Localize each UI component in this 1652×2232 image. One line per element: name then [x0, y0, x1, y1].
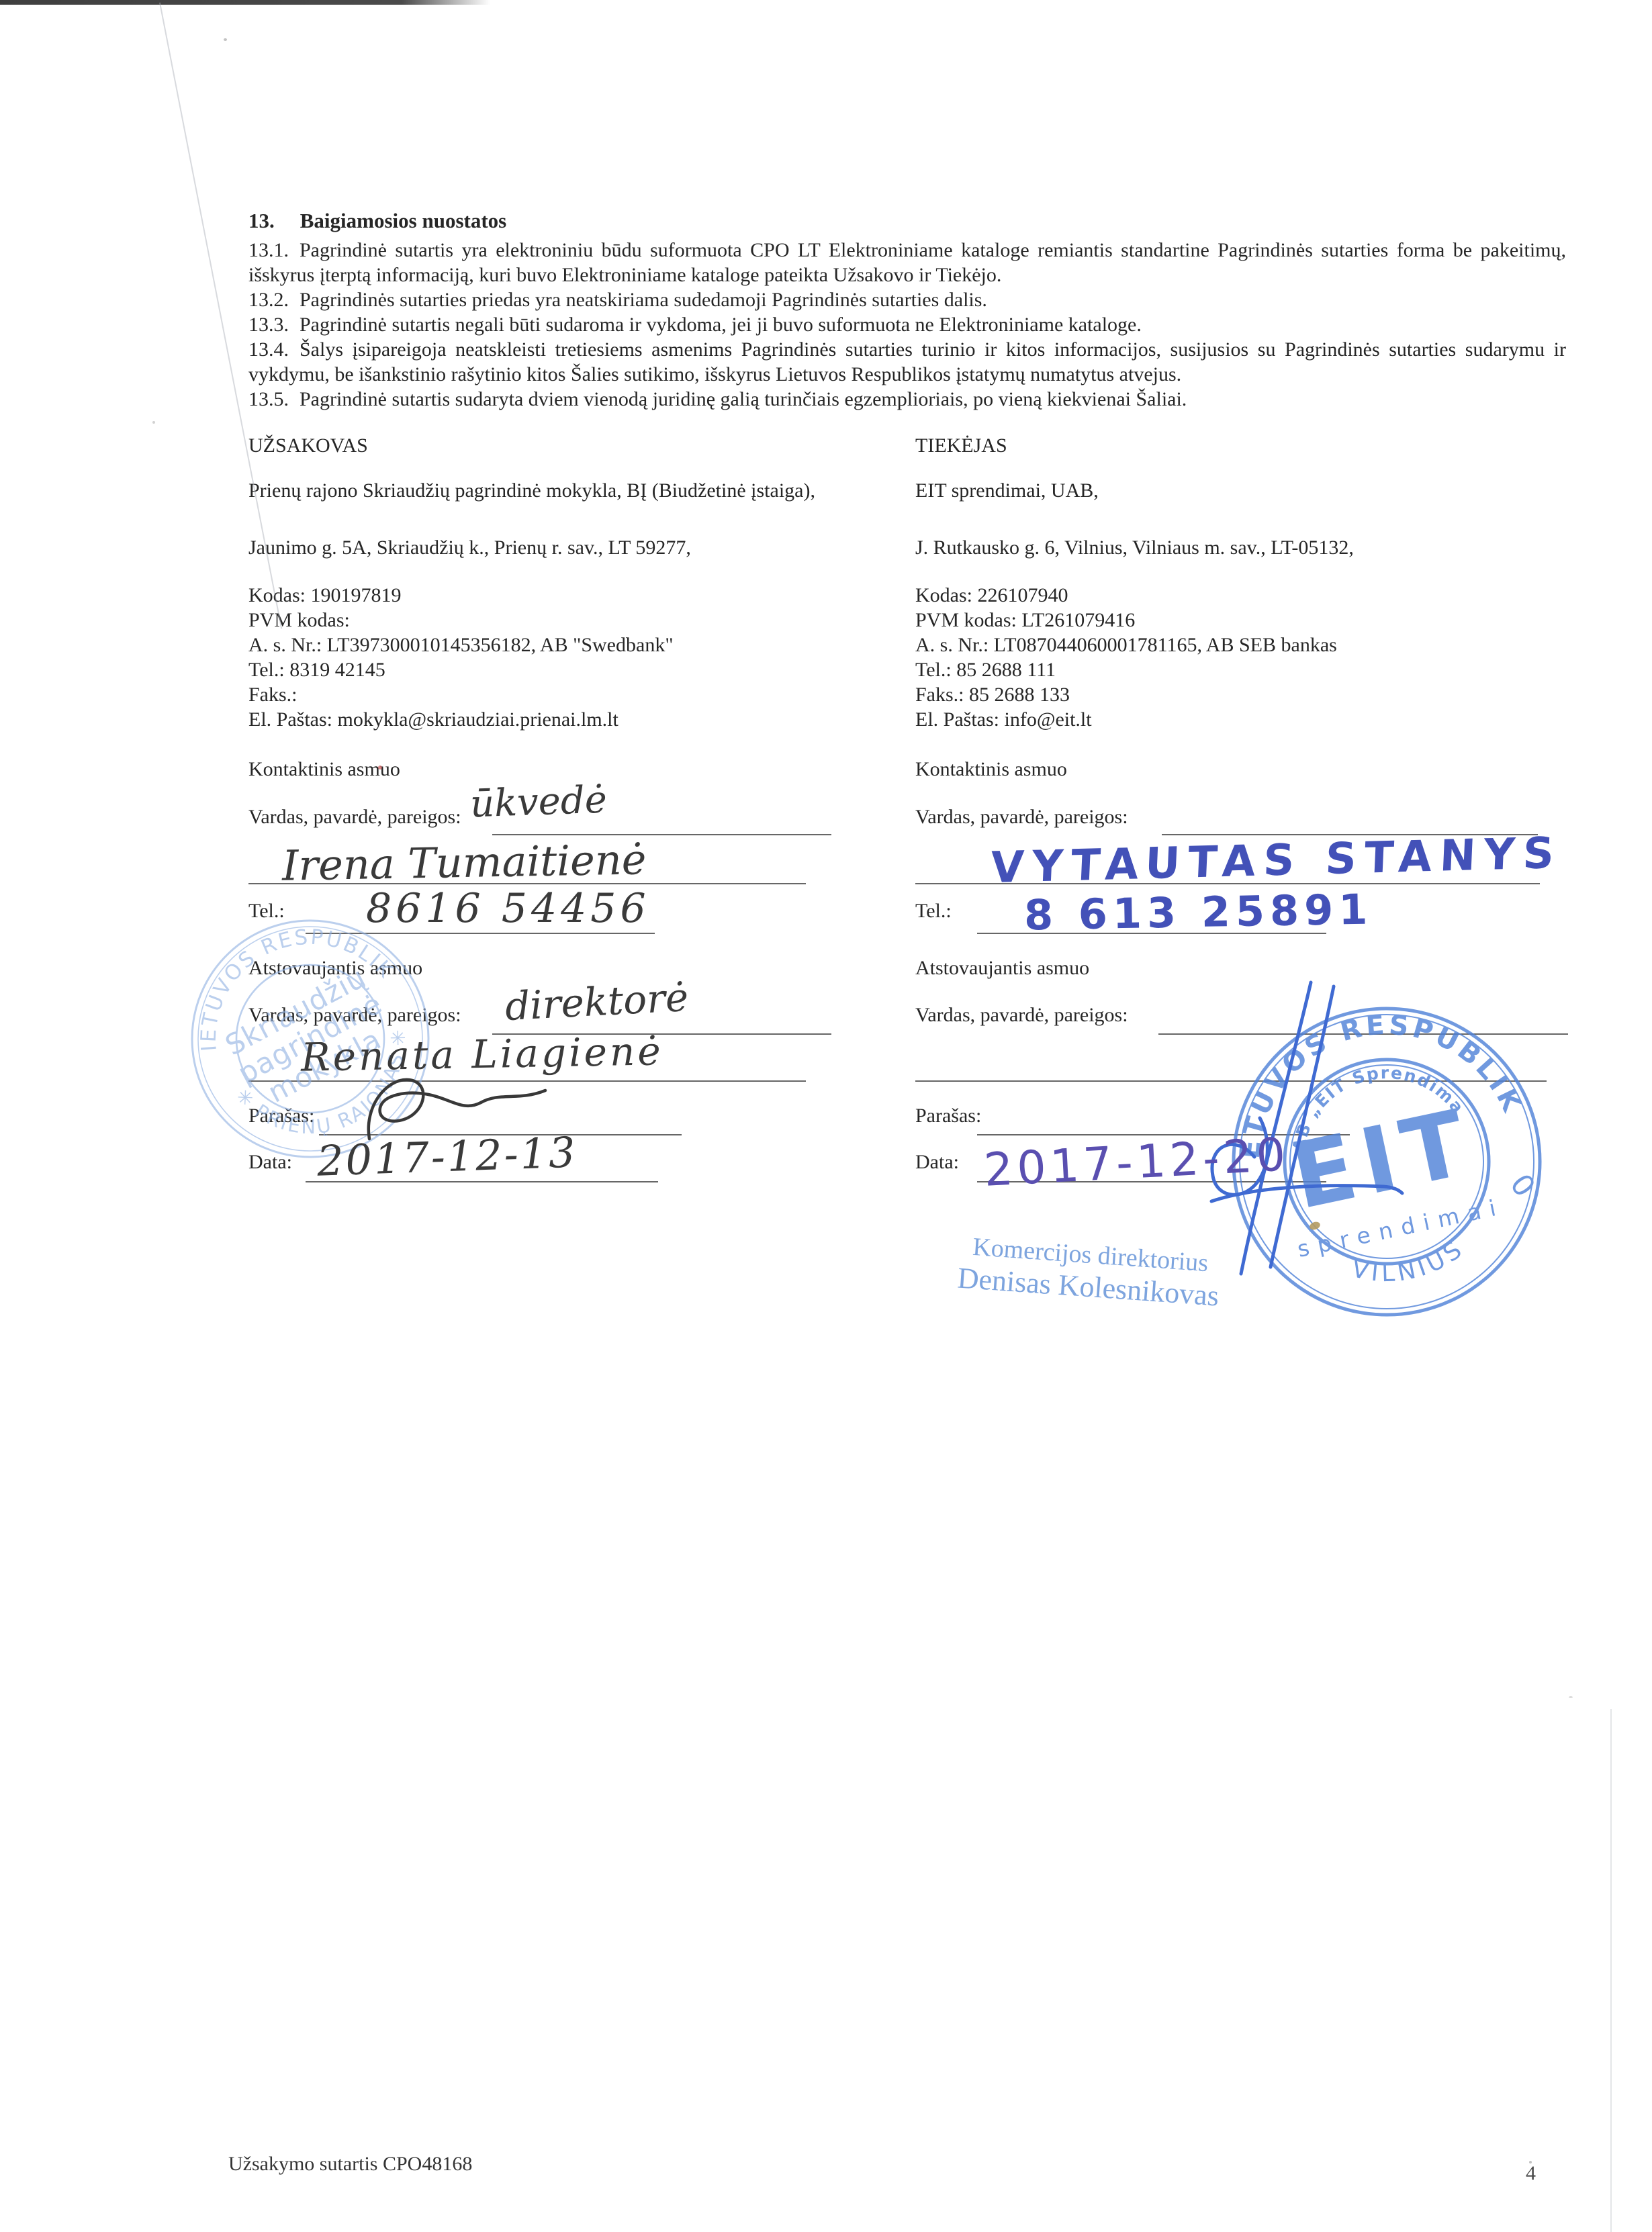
supplier-code: Kodas: 226107940: [915, 583, 1068, 608]
supplier-name: EIT sprendimai, UAB,: [915, 478, 1099, 504]
clause-text: Pagrindinės sutarties priedas yra neatsk…: [300, 289, 987, 311]
supplier-fax: Faks.: 85 2688 133: [915, 682, 1070, 708]
supplier-tel-label: Tel.:: [915, 898, 952, 924]
buyer-address: Jaunimo g. 5A, Skriaudžių k., Prienų r. …: [248, 535, 691, 561]
supplier-vat-code: PVM kodas: LT261079416: [915, 608, 1135, 633]
clause-13-4: 13.4.Šalys įsipareigoja neatskleisti tre…: [248, 337, 1566, 387]
scan-speck: [1529, 2161, 1532, 2164]
clause-number: 13.2.: [248, 289, 289, 311]
buyer-fax: Faks.:: [248, 682, 297, 708]
clause-13-5: 13.5.Pagrindinė sutartis sudaryta dviem …: [248, 387, 1566, 412]
buyer-name: Prienų rajono Skriaudžių pagrindinė moky…: [248, 478, 815, 504]
clause-number: 13.3.: [248, 314, 289, 336]
supplier-name-role-label: Vardas, pavardė, pareigos:: [915, 804, 1128, 830]
supplier-date-label: Data:: [915, 1150, 959, 1175]
supplier-signature-ink: [1168, 957, 1410, 1293]
section-title: Baigiamosios nuostatos: [300, 209, 506, 232]
supplier-signature-label: Parašas:: [915, 1103, 981, 1129]
clause-number: 13.5.: [248, 388, 289, 410]
section-number: 13.: [248, 209, 275, 232]
supplier-rep-name-role-label: Vardas, pavardė, pareigos:: [915, 1003, 1128, 1028]
supplier-signature-stroke: [1271, 986, 1334, 1267]
buyer-contact-role-handwriting: ūkvedė: [469, 778, 608, 826]
scanned-contract-page: 13.Baigiamosios nuostatos 13.1.Pagrindin…: [0, 0, 1652, 2232]
buyer-signature-ink: [349, 1060, 571, 1154]
scan-edge-artifact-top: [0, 0, 490, 5]
supplier-address: J. Rutkausko g. 6, Vilnius, Vilniaus m. …: [915, 535, 1354, 561]
supplier-phone: Tel.: 85 2688 111: [915, 657, 1056, 683]
footer-contract-number: Užsakymo sutartis CPO48168: [228, 2153, 472, 2176]
buyer-email: El. Paštas: mokykla@skriaudziai.prienai.…: [248, 707, 618, 733]
clause-text: Pagrindinė sutartis negali būti sudaroma…: [300, 314, 1142, 336]
supplier-signature-stroke: [1211, 1186, 1402, 1201]
buyer-contact-header: Kontaktinis asmuo: [248, 757, 400, 782]
buyer-contact-name-handwriting: Irena Tumaitienė: [281, 835, 647, 890]
supplier-contact-header: Kontaktinis asmuo: [915, 757, 1067, 782]
scan-speck: [152, 421, 155, 424]
clause-number: 13.4.: [248, 338, 289, 361]
page-number: 4: [1526, 2162, 1536, 2185]
clause-text: Pagrindinė sutartis yra elektroniniu būd…: [248, 239, 1566, 286]
clause-text: Šalys įsipareigoja neatskleisti tretiesi…: [248, 338, 1566, 385]
buyer-contact-line-1: [492, 834, 831, 835]
supplier-tel-handwriting: 8 613 25891: [1023, 884, 1373, 939]
clause-number: 13.1.: [248, 239, 289, 261]
buyer-tel-handwriting: 8616 54456: [366, 885, 650, 932]
clause-13-3: 13.3.Pagrindinė sutartis negali būti sud…: [248, 312, 1566, 337]
supplier-representative-header: Atstovaujantis asmuo: [915, 956, 1089, 981]
supplier-title: TIEKĖJAS: [915, 433, 1007, 459]
section-heading: 13.Baigiamosios nuostatos: [248, 208, 1566, 234]
buyer-signature-stroke: [369, 1080, 545, 1139]
supplier-account: A. s. Nr.: LT087044060001781165, AB SEB …: [915, 633, 1337, 658]
buyer-name-role-label: Vardas, pavardė, pareigos:: [248, 804, 461, 830]
buyer-phone: Tel.: 8319 42145: [248, 657, 385, 683]
buyer-code: Kodas: 190197819: [248, 583, 402, 608]
clause-text: Pagrindinė sutartis sudaryta dviem vieno…: [300, 388, 1187, 410]
buyer-account: A. s. Nr.: LT397300010145356182, AB "Swe…: [248, 633, 674, 658]
final-provisions-section: 13.Baigiamosios nuostatos 13.1.Pagrindin…: [248, 208, 1566, 412]
scan-speck-red: [378, 765, 382, 770]
buyer-title: UŽSAKOVAS: [248, 433, 368, 459]
scan-speck: [1569, 1696, 1573, 1698]
clause-13-2: 13.2.Pagrindinės sutarties priedas yra n…: [248, 287, 1566, 312]
scan-edge-artifact-right: [1610, 1709, 1612, 2232]
buyer-vat-code: PVM kodas:: [248, 608, 350, 633]
clause-13-1: 13.1.Pagrindinė sutartis yra elektronini…: [248, 238, 1566, 287]
buyer-rep-role-handwriting: direktorė: [504, 974, 689, 1029]
supplier-email: El. Paštas: info@eit.lt: [915, 707, 1092, 733]
scan-speck: [224, 38, 227, 41]
